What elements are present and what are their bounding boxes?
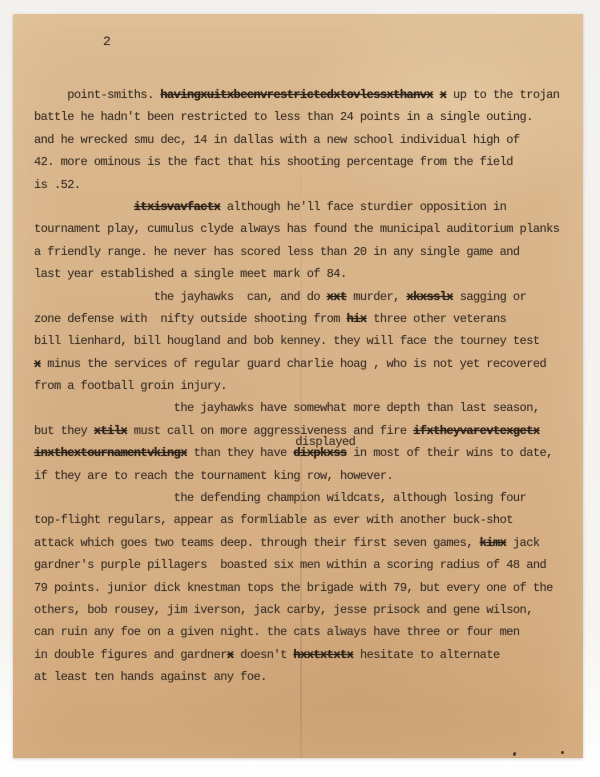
- text-run: [433, 88, 440, 102]
- struck-out-text: xkxsslx: [407, 290, 454, 304]
- text-run: minus the services of regular guard char…: [41, 357, 547, 371]
- scanned-page: 2 point-smiths. havingxuitxbeenvrestrict…: [13, 14, 583, 758]
- text-line: gardner's purple pillagers boasted six m…: [34, 554, 579, 576]
- paper-speck: [512, 752, 516, 757]
- text-line: the defending champion wildcats, althoug…: [34, 487, 579, 509]
- text-line: top-flight regulars, appear as formliabl…: [34, 509, 579, 531]
- struck-out-text: kimx: [480, 536, 507, 550]
- text-run: is .52.: [34, 178, 81, 192]
- text-line: inxthextournamentvkingx than they have d…: [34, 442, 579, 464]
- text-line: if they are to reach the tournament king…: [34, 465, 579, 487]
- text-line: itxisvavfactx although he'll face sturdi…: [34, 196, 579, 218]
- text-run: from a football groin injury.: [34, 379, 227, 393]
- text-run: at least ten hands against any foe.: [34, 670, 267, 684]
- text-line: from a football groin injury.: [34, 375, 579, 397]
- text-line: the jayhawks have somewhat more depth th…: [34, 397, 579, 419]
- text-run: but they: [34, 424, 94, 438]
- text-line: and he wrecked smu dec, 14 in dallas wit…: [34, 129, 579, 151]
- struck-out-text: ifxtheyvarevtexgetx: [413, 424, 539, 438]
- text-line: others, bob rousey, jim iverson, jack ca…: [34, 599, 579, 621]
- paragraph: the jayhawks have somewhat more depth th…: [34, 397, 579, 487]
- text-run: if they are to reach the tournament king…: [34, 469, 393, 483]
- paragraph: itxisvavfactx although he'll face sturdi…: [34, 196, 579, 286]
- struck-out-text: x: [34, 357, 41, 371]
- text-line: battle he hadn't been restricted to less…: [34, 106, 579, 128]
- text-run: attack which goes two teams deep. throug…: [34, 536, 480, 550]
- text-run: three other veterans: [367, 312, 507, 326]
- text-run: sagging or: [453, 290, 526, 304]
- text-line: last year established a single meet mark…: [34, 263, 579, 285]
- text-run: zone defense with nifty outside shooting…: [34, 312, 347, 326]
- text-line: the jayhawks can, and do xxt murder, xkx…: [34, 286, 579, 308]
- page-number: 2: [103, 34, 111, 49]
- text-run: doesn't: [234, 648, 294, 662]
- text-line: a friendly range. he never has scored le…: [34, 241, 579, 263]
- text-line: attack which goes two teams deep. throug…: [34, 532, 579, 554]
- text-run: up to the trojan: [446, 88, 559, 102]
- text-run: must call on more aggressiveness and fir…: [127, 424, 413, 438]
- text-run: jack: [506, 536, 539, 550]
- paragraph: the defending champion wildcats, althoug…: [34, 487, 579, 689]
- document-body: point-smiths. havingxuitxbeenvrestricted…: [34, 84, 579, 689]
- text-line: tournament play, cumulus clyde always ha…: [34, 218, 579, 240]
- text-line: 79 points. junior dick knestman tops the…: [34, 577, 579, 599]
- text-run: tournament play, cumulus clyde always ha…: [34, 222, 559, 236]
- text-line: is .52.: [34, 174, 579, 196]
- text-run: than they have: [187, 446, 293, 460]
- text-run: the defending champion wildcats, althoug…: [34, 491, 526, 505]
- text-run: top-flight regulars, appear as formliabl…: [34, 513, 513, 527]
- text-run: last year established a single meet mark…: [34, 267, 347, 281]
- text-line: x minus the services of regular guard ch…: [34, 353, 579, 375]
- text-run: can ruin any foe on a given night. the c…: [34, 625, 520, 639]
- text-run: hesitate to alternate: [353, 648, 499, 662]
- paragraph: point-smiths. havingxuitxbeenvrestricted…: [34, 84, 579, 196]
- text-run: the jayhawks can, and do: [34, 290, 327, 304]
- struck-out-text: hix: [347, 312, 367, 326]
- text-run: a friendly range. he never has scored le…: [34, 245, 520, 259]
- text-run: in double figures and gardner: [34, 648, 227, 662]
- text-run: others, bob rousey, jim iverson, jack ca…: [34, 603, 533, 617]
- text-line: in double figures and gardnerx doesn't h…: [34, 644, 579, 666]
- text-line: can ruin any foe on a given night. the c…: [34, 621, 579, 643]
- struck-out-text: dixpkxssdisplayed: [293, 446, 346, 460]
- struck-out-text: xtilx: [94, 424, 127, 438]
- struck-out-text: inxthextournamentvkingx: [34, 446, 187, 460]
- text-run: murder,: [347, 290, 407, 304]
- text-line: at least ten hands against any foe.: [34, 666, 579, 688]
- text-line: 42. more ominous is the fact that his sh…: [34, 151, 579, 173]
- struck-out-text: havingxuitxbeenvrestrictedxtovlessxthanv…: [160, 88, 433, 102]
- paper-speck: [561, 751, 564, 754]
- text-run: gardner's purple pillagers boasted six m…: [34, 558, 546, 572]
- text-line: point-smiths. havingxuitxbeenvrestricted…: [34, 84, 579, 106]
- struck-out-text: itxisvavfactx: [134, 200, 220, 214]
- text-run: although he'll face sturdier opposition …: [220, 200, 506, 214]
- text-run: battle he hadn't been restricted to less…: [34, 110, 533, 124]
- interlinear-insertion: displayed: [295, 431, 355, 453]
- struck-out-text: x: [227, 648, 234, 662]
- struck-out-text: hxxtxtxtx: [293, 648, 353, 662]
- text-run: 79 points. junior dick knestman tops the…: [34, 581, 553, 595]
- paragraph: the jayhawks can, and do xxt murder, xkx…: [34, 286, 579, 398]
- text-run: point-smiths.: [34, 88, 160, 102]
- text-run: bill lienhard, bill hougland and bob ken…: [34, 334, 540, 348]
- text-line: bill lienhard, bill hougland and bob ken…: [34, 330, 579, 352]
- text-run: [34, 200, 134, 214]
- text-run: in most of their wins to date,: [347, 446, 553, 460]
- text-run: the jayhawks have somewhat more depth th…: [34, 401, 540, 415]
- text-run: and he wrecked smu dec, 14 in dallas wit…: [34, 133, 520, 147]
- struck-out-text: xxt: [327, 290, 347, 304]
- text-run: 42. more ominous is the fact that his sh…: [34, 155, 513, 169]
- text-line: zone defense with nifty outside shooting…: [34, 308, 579, 330]
